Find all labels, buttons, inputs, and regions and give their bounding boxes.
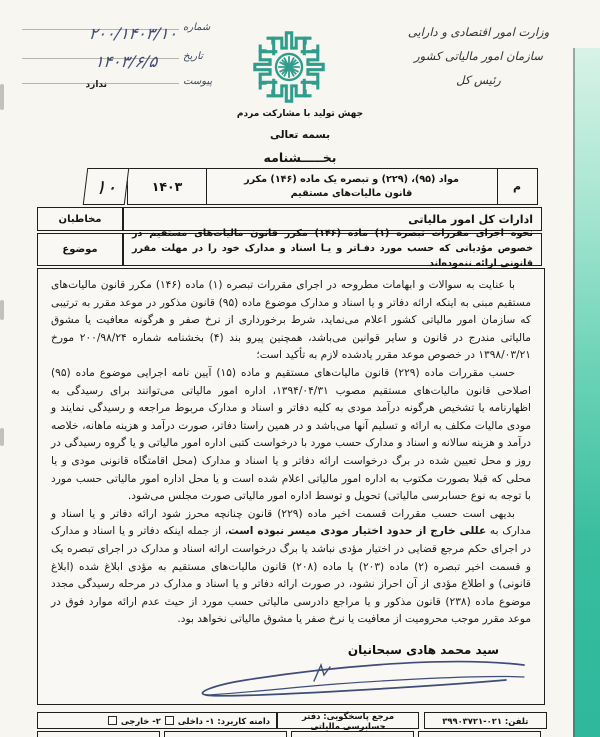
paragraph-3-bold-phrase: عللی خارج از حدود اختیار مودی میسر نبوده… bbox=[228, 525, 486, 537]
paragraph-3-text: ، از جمله اینکه دفاتر و یا اسناد و مدارک… bbox=[51, 525, 531, 625]
body-paragraph-2: حسب مقررات ماده (۲۲۹) قانون مالیات‌های م… bbox=[51, 365, 531, 506]
year-cell: ۱۴۰۳ bbox=[127, 168, 207, 205]
signer-role: رئیس کل bbox=[391, 68, 566, 92]
scope-option-internal: ۱- داخلی bbox=[178, 716, 215, 726]
bismillah-line: بسمه تعالی bbox=[0, 129, 600, 141]
scope-option-external: ۲- خارجی bbox=[121, 716, 161, 726]
attachment-label: پیوست bbox=[183, 76, 217, 87]
subject-label: موضوع bbox=[37, 233, 123, 266]
year-slogan: جهش تولید با مشارکت مردم bbox=[0, 109, 600, 119]
tax-organization-logo-icon bbox=[239, 22, 339, 112]
phone-cell: تلفن: ۰۲۱-۳۹۹۰۳۷۲۱ bbox=[424, 712, 547, 729]
footer-partial-cell bbox=[164, 731, 287, 737]
date-handwritten: ۱۴۰۳/۶/۵ bbox=[93, 52, 158, 71]
footer-partial-cell bbox=[291, 731, 414, 737]
letterhead-organization-block: وزارت امور اقتصادی و دارایی سازمان امور … bbox=[391, 20, 566, 92]
articles-line2: قانون مالیات‌های مستقیم bbox=[291, 187, 413, 201]
letter-body: با عنایت به سوالات و ابهامات مطروحه در ا… bbox=[37, 268, 545, 705]
footer-row-partial bbox=[37, 731, 545, 737]
subject-row: موضوع نحوه اجرای مقررات تبصره (۱) ماده (… bbox=[37, 233, 545, 266]
classification-cell: م bbox=[496, 168, 538, 205]
scope-label: دامنه کاربرد: bbox=[217, 716, 270, 726]
body-paragraph-1: با عنایت به سوالات و ابهامات مطروحه در ا… bbox=[51, 277, 531, 365]
articles-line1: مواد (۹۵)، (۲۲۹) و تبصره یک ماده (۱۴۶) م… bbox=[244, 173, 459, 187]
checkbox-external-icon bbox=[108, 716, 117, 725]
signatory-name: سید محمد هادی سبحانیان bbox=[316, 643, 531, 657]
recipients-label: مخاطبان bbox=[37, 207, 123, 231]
ref-number-label: شماره bbox=[183, 22, 217, 33]
scan-artifact bbox=[0, 428, 4, 446]
subject-value: نحوه اجرای مقررات تبصره (۱) ماده (۱۴۶) م… bbox=[123, 233, 542, 266]
scanned-document: شماره تاریخ پیوست ۲۰۰/۱۴۰۳/۱۰ ۱۴۰۳/۶/۵ ن… bbox=[0, 0, 600, 737]
scan-artifact bbox=[0, 300, 4, 320]
attachment-value: ندارد bbox=[86, 80, 107, 90]
ministry-name: وزارت امور اقتصادی و دارایی bbox=[391, 20, 566, 44]
document-type-title: بخـــــشنامه bbox=[0, 150, 600, 165]
checkbox-internal-icon bbox=[165, 716, 174, 725]
footer-row: دامنه کاربرد: ۱- داخلی ۲- خارجی مرجع پاس… bbox=[37, 712, 545, 729]
signature-scribble bbox=[186, 653, 531, 705]
footer-partial-cell bbox=[37, 731, 160, 737]
footer-partial-cell bbox=[418, 731, 541, 737]
scope-cell: دامنه کاربرد: ۱- داخلی ۲- خارجی bbox=[37, 712, 277, 729]
serial-number-cell: ۱۰ bbox=[83, 168, 130, 205]
ref-number-handwritten: ۲۰۰/۱۴۰۳/۱۰ bbox=[88, 24, 178, 43]
body-paragraph-3: بدیهی است حسب مقررات قسمت اخیر ماده (۲۲۹… bbox=[51, 506, 531, 629]
date-label: تاریخ bbox=[183, 51, 217, 62]
letterhead-reference-block: شماره تاریخ پیوست ۲۰۰/۱۴۰۳/۱۰ ۱۴۰۳/۶/۵ ن… bbox=[22, 16, 217, 100]
responder-cell: مرجع پاسخگویی: دفتر حسابرسی مالیاتی bbox=[277, 712, 419, 729]
scan-artifact bbox=[0, 84, 4, 110]
organization-name: سازمان امور مالیاتی کشور bbox=[391, 44, 566, 68]
reference-table: ۱۰ ۱۴۰۳ مواد (۹۵)، (۲۲۹) و تبصره یک ماده… bbox=[85, 168, 545, 205]
articles-cell: مواد (۹۵)، (۲۲۹) و تبصره یک ماده (۱۴۶) م… bbox=[205, 168, 497, 205]
